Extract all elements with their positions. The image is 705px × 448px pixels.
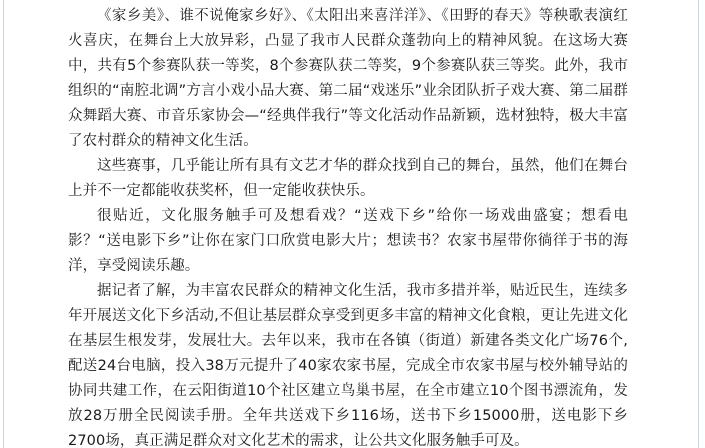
- paragraph-stage-for-all: 这些赛事，几乎能让所有具有文艺才华的群众找到自己的舞台，虽然，他们在舞台上并不一…: [68, 154, 628, 204]
- article-body: 《家乡美》、谁不说俺家乡好》、《太阳出来喜洋洋》、《田野的春天》等秧歌表演红火喜…: [68, 4, 628, 448]
- paragraph-culture-service: 很贴近，文化服务触手可及想看戏？“送戏下乡”给你一场戏曲盛宴；想看电影？“送电影…: [68, 204, 628, 279]
- paragraph-competition-results: 《家乡美》、谁不说俺家乡好》、《太阳出来喜洋洋》、《田野的春天》等秧歌表演红火喜…: [68, 4, 628, 154]
- paragraph-reporter-findings: 据记者了解，为丰富农民群众的精神文化生活，我市多措并举，贴近民生，连续多年开展送…: [68, 279, 628, 448]
